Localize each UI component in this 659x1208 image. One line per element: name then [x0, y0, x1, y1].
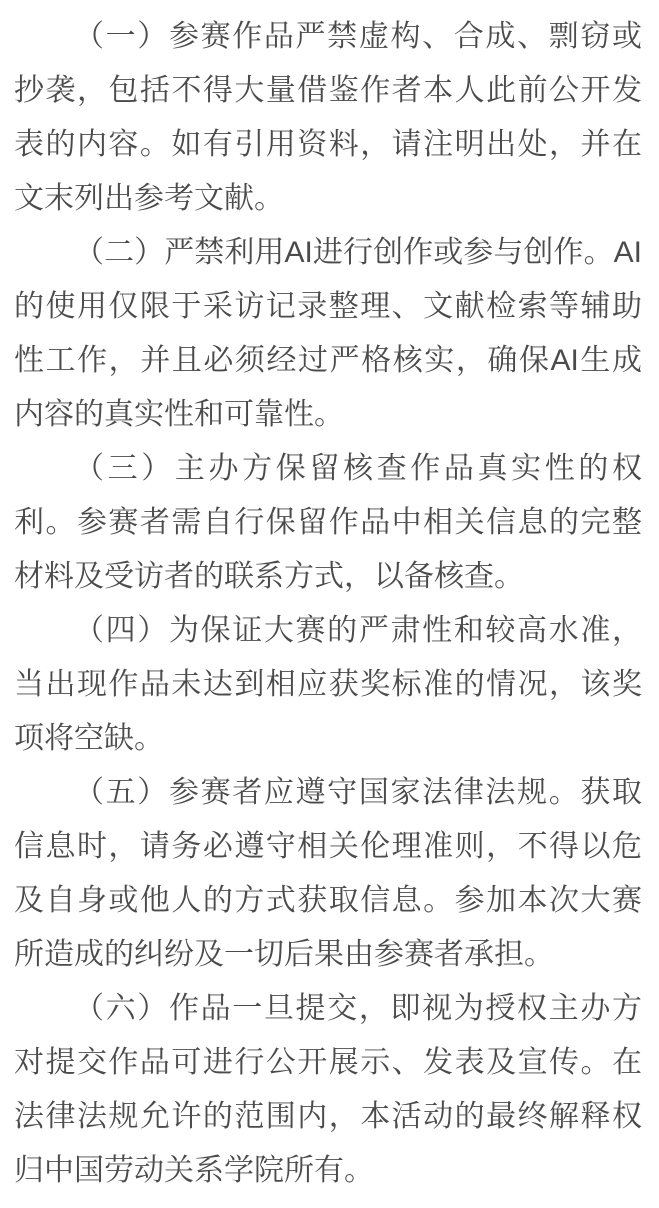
text-line: 当出现作品未达到相应获奖标准的情况，该奖	[14, 658, 642, 712]
paragraph: （五）参赛者应遵守国家法律法规。获取信息时，请务必遵守相关伦理准则，不得以危及自…	[14, 766, 642, 982]
text-line: 内容的真实性和可靠性。	[14, 388, 642, 442]
text-line: （四）为保证大赛的严肃性和较高水准，	[14, 604, 642, 658]
text-line: 抄袭，包括不得大量借鉴作者本人此前公开发	[14, 64, 642, 118]
text-line: 信息时，请务必遵守相关伦理准则，不得以危	[14, 820, 642, 874]
text-line: 利。参赛者需自行保留作品中相关信息的完整	[14, 496, 642, 550]
text-line: （二）严禁利用AI进行创作或参与创作。AI	[14, 226, 642, 280]
text-line: 对提交作品可进行公开展示、发表及宣传。在	[14, 1036, 642, 1090]
text-line: 表的内容。如有引用资料，请注明出处，并在	[14, 118, 642, 172]
text-line: 材料及受访者的联系方式，以备核查。	[14, 550, 642, 604]
text-line: 法律法规允许的范围内，本活动的最终解释权	[14, 1090, 642, 1144]
paragraph: （一）参赛作品严禁虚构、合成、剽窃或抄袭，包括不得大量借鉴作者本人此前公开发表的…	[14, 10, 642, 226]
text-line: （三）主办方保留核查作品真实性的权	[14, 442, 642, 496]
paragraph: （四）为保证大赛的严肃性和较高水准，当出现作品未达到相应获奖标准的情况，该奖项将…	[14, 604, 642, 766]
text-line: 归中国劳动关系学院所有。	[14, 1144, 642, 1198]
rules-text-block: （一）参赛作品严禁虚构、合成、剽窃或抄袭，包括不得大量借鉴作者本人此前公开发表的…	[14, 10, 642, 1198]
text-line: （六）作品一旦提交，即视为授权主办方	[14, 982, 642, 1036]
text-line: 及自身或他人的方式获取信息。参加本次大赛	[14, 874, 642, 928]
text-line: 文末列出参考文献。	[14, 172, 642, 226]
text-line: 项将空缺。	[14, 712, 642, 766]
text-line: 性工作，并且必须经过严格核实，确保AI生成	[14, 334, 642, 388]
paragraph: （三）主办方保留核查作品真实性的权利。参赛者需自行保留作品中相关信息的完整材料及…	[14, 442, 642, 604]
text-line: （五）参赛者应遵守国家法律法规。获取	[14, 766, 642, 820]
text-line: （一）参赛作品严禁虚构、合成、剽窃或	[14, 10, 642, 64]
paragraph: （二）严禁利用AI进行创作或参与创作。AI的使用仅限于采访记录整理、文献检索等辅…	[14, 226, 642, 442]
text-line: 的使用仅限于采访记录整理、文献检索等辅助	[14, 280, 642, 334]
competition-rules-document: （一）参赛作品严禁虚构、合成、剽窃或抄袭，包括不得大量借鉴作者本人此前公开发表的…	[0, 0, 659, 1198]
text-line: 所造成的纠纷及一切后果由参赛者承担。	[14, 928, 642, 982]
paragraph: （六）作品一旦提交，即视为授权主办方对提交作品可进行公开展示、发表及宣传。在法律…	[14, 982, 642, 1198]
